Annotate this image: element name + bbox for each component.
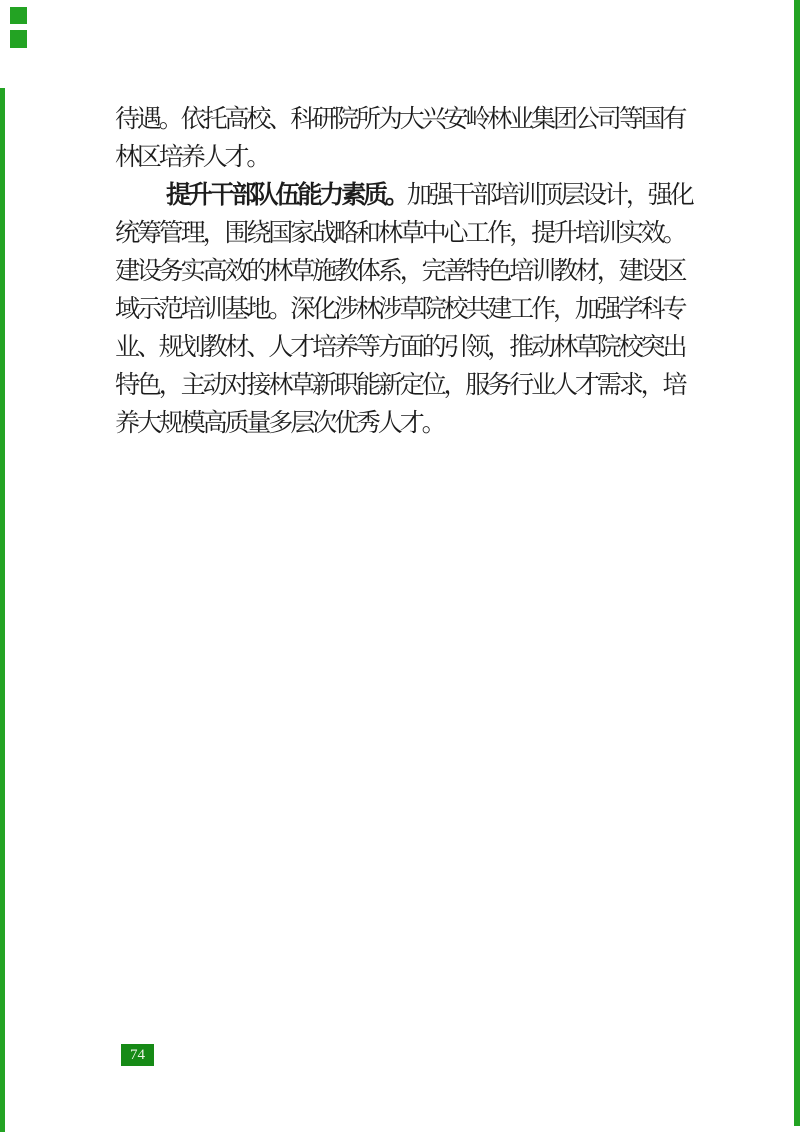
text-line-2: 林区培养人才。 [115, 139, 692, 177]
right-edge-strip [794, 0, 800, 1126]
text-line-1: 待遇。依托高校、科研院所为大兴安岭林业集团公司等国有 [115, 101, 692, 139]
text-line-4: 统筹管理，围绕国家战略和林草中心工作，提升培训实效。 [115, 215, 692, 253]
body-text: 待遇。依托高校、科研院所为大兴安岭林业集团公司等国有 林区培养人才。 提升干部队… [115, 101, 692, 443]
page-number-badge: 74 [121, 1044, 154, 1066]
text-line-7: 业、规划教材、人才培养等方面的引领，推动林草院校突出 [115, 329, 692, 367]
green-corner-mark-bottom [10, 30, 27, 48]
text-line-6: 域示范培训基地。深化涉林涉草院校共建工作，加强学科专 [115, 291, 692, 329]
text-line-9: 养大规模高质量多层次优秀人才。 [115, 405, 692, 443]
document-page: 待遇。依托高校、科研院所为大兴安岭林业集团公司等国有 林区培养人才。 提升干部队… [0, 0, 800, 1132]
text-line-8: 特色，主动对接林草新职能新定位，服务行业人才需求，培 [115, 367, 692, 405]
paragraph-lead-bold: 提升干部队伍能力素质。 [166, 182, 407, 209]
text-line-5: 建设务实高效的林草施教体系，完善特色培训教材，建设区 [115, 253, 692, 291]
green-corner-mark-top [10, 7, 27, 24]
left-edge-strip [0, 88, 5, 1132]
paragraph-lead-rest: 加强干部培训顶层设计，强化 [407, 182, 692, 209]
text-line-3: 提升干部队伍能力素质。加强干部培训顶层设计，强化 [115, 177, 692, 215]
